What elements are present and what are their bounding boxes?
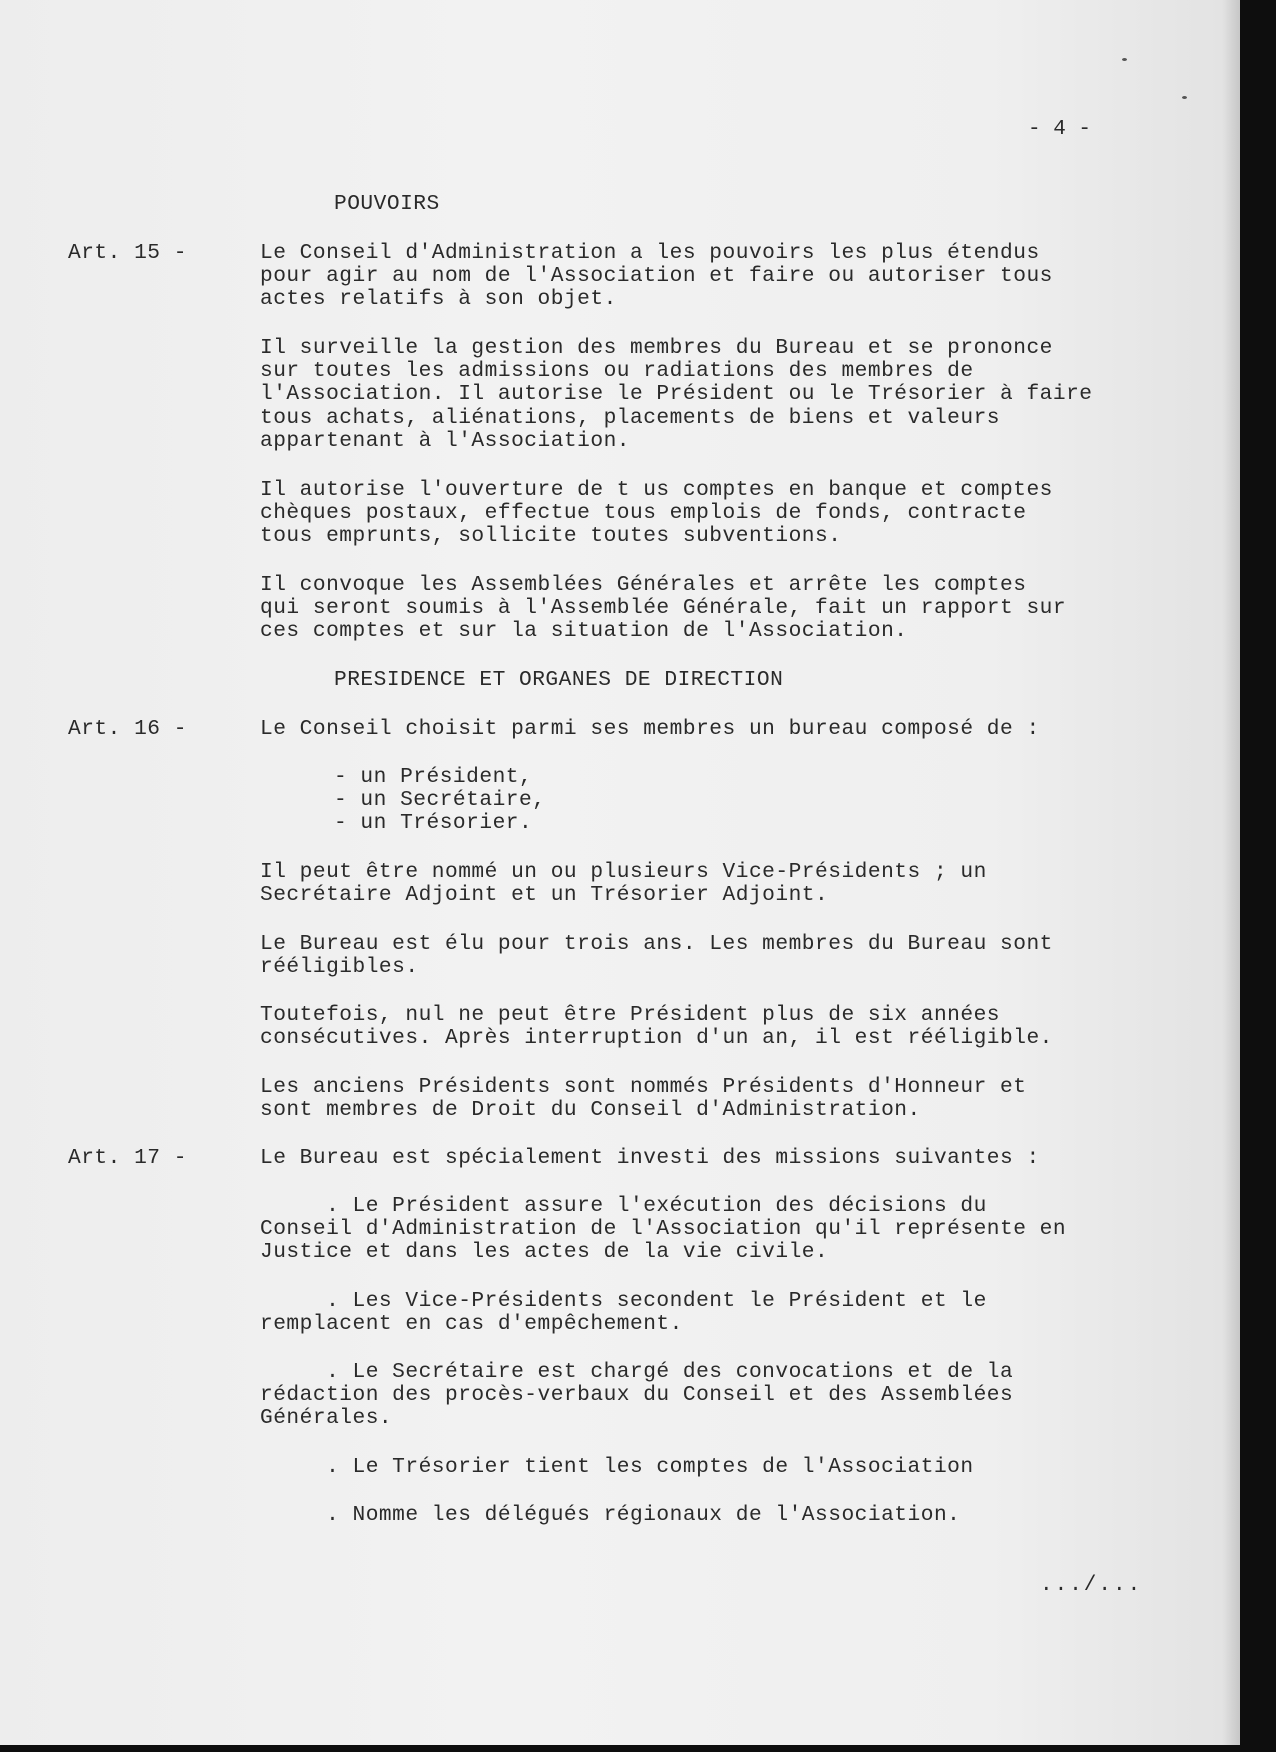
text-line: . Le Trésorier tient les comptes de l'As… (260, 1455, 974, 1479)
article-label: Art. 17 - (68, 1146, 187, 1170)
text-line: Les anciens Présidents sont nommés Prési… (260, 1075, 1026, 1099)
text-line: . Le Président assure l'exécution des dé… (260, 1194, 987, 1218)
text-line: Le Conseil choisit parmi ses membres un … (260, 717, 1040, 741)
text-line: qui seront soumis à l'Assemblée Générale… (260, 596, 1066, 620)
text-line: chèques postaux, effectue tous emplois d… (260, 501, 1026, 525)
text-line: Le Conseil d'Administration a les pouvoi… (260, 241, 1040, 265)
text-line: rédaction des procès-verbaux du Conseil … (260, 1383, 1013, 1407)
text-line: Justice et dans les actes de la vie civi… (260, 1240, 828, 1264)
text-line: rééligibles. (260, 955, 419, 979)
text-line: ces comptes et sur la situation de l'Ass… (260, 619, 908, 643)
text-line: l'Association. Il autorise le Président … (260, 382, 1093, 406)
text-line: sont membres de Droit du Conseil d'Admin… (260, 1098, 921, 1122)
text-line: Toutefois, nul ne peut être Président pl… (260, 1003, 1000, 1027)
text-line: . Les Vice-Présidents secondent le Prési… (260, 1289, 987, 1313)
text-line: tous emprunts, sollicite toutes subventi… (260, 524, 841, 548)
text-line: Il autorise l'ouverture de t us comptes … (260, 478, 1053, 502)
text-line: Secrétaire Adjoint et un Trésorier Adjoi… (260, 883, 828, 907)
list-item: - un Secrétaire, (334, 788, 545, 812)
scan-speck (1182, 96, 1187, 99)
scan-speck (1122, 58, 1127, 61)
text-line: consécutives. Après interruption d'un an… (260, 1026, 1053, 1050)
text-line: appartenant à l'Association. (260, 429, 630, 453)
text-line: Conseil d'Administration de l'Associatio… (260, 1217, 1066, 1241)
text-line: Il convoque les Assemblées Générales et … (260, 573, 1026, 597)
list-item: - un Président, (334, 765, 532, 789)
continuation-mark: .../... (1040, 1574, 1142, 1597)
list-item: - un Trésorier. (334, 811, 532, 835)
section-heading: PRESIDENCE ET ORGANES DE DIRECTION (334, 668, 783, 692)
text-line: . Nomme les délégués régionaux de l'Asso… (260, 1503, 960, 1527)
text-line: Il surveille la gestion des membres du B… (260, 336, 1053, 360)
text-line: . Le Secrétaire est chargé des convocati… (260, 1360, 1013, 1384)
text-line: sur toutes les admissions ou radiations … (260, 359, 974, 383)
text-line: Il peut être nommé un ou plusieurs Vice-… (260, 860, 987, 884)
text-line: Le Bureau est spécialement investi des m… (260, 1146, 1040, 1170)
page-number: - 4 - (1028, 118, 1091, 141)
article-label: Art. 15 - (68, 241, 187, 265)
text-line: actes relatifs à son objet. (260, 287, 617, 311)
text-line: remplacent en cas d'empêchement. (260, 1312, 683, 1336)
section-heading: POUVOIRS (334, 192, 440, 216)
text-line: pour agir au nom de l'Association et fai… (260, 264, 1053, 288)
text-line: Générales. (260, 1406, 392, 1430)
text-line: Le Bureau est élu pour trois ans. Les me… (260, 932, 1053, 956)
scanned-page: - 4 - POUVOIRS Art. 15 - Le Conseil d'Ad… (0, 0, 1240, 1745)
article-label: Art. 16 - (68, 717, 187, 741)
text-line: tous achats, aliénations, placements de … (260, 406, 1000, 430)
